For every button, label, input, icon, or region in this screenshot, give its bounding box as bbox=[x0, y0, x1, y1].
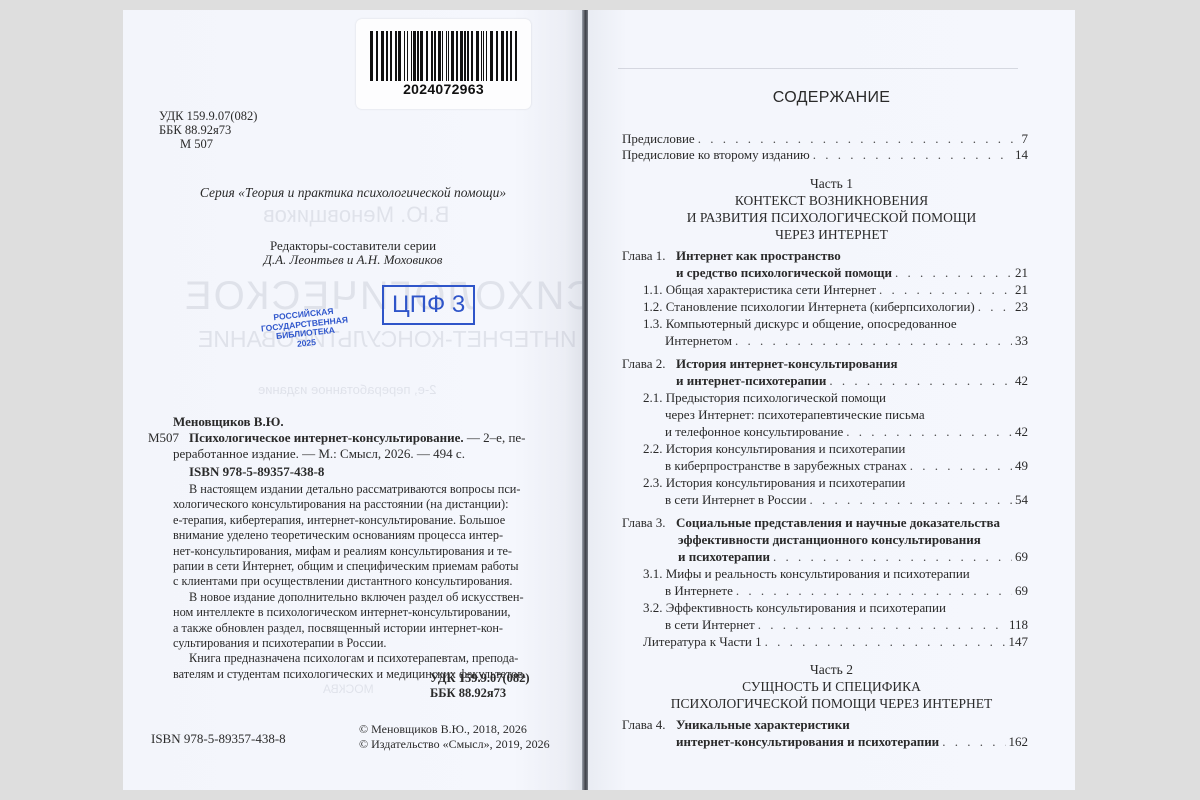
toc-entry-1-2[interactable]: 1.2. Становление психологии Интернета (к… bbox=[643, 299, 1028, 315]
toc-entry-2-1-cont: через Интернет: психотерапевтические пис… bbox=[665, 407, 925, 423]
leader-dots bbox=[736, 583, 1012, 599]
bib-title: Психологическое интернет-консультировани… bbox=[189, 430, 464, 445]
leader-dots bbox=[942, 734, 1005, 750]
annotation-line: нет-консультирования, мифам и реалиям ко… bbox=[173, 544, 555, 559]
toc-entry-label: и телефонное консультирование bbox=[665, 424, 843, 440]
toc-entry-2-3[interactable]: в сети Интернет в России54 bbox=[665, 492, 1028, 508]
annotation-line: а также обновлен раздел, посвященный ист… bbox=[173, 621, 555, 636]
toc-entry-2-3-label[interactable]: 2.3. История консультирования и психотер… bbox=[643, 475, 905, 491]
copyright-publisher: © Издательство «Смысл», 2019, 2026 bbox=[359, 737, 550, 752]
bbk-code: ББК 88.92я73 bbox=[159, 123, 231, 137]
toc-entry-label: и психотерапии bbox=[678, 549, 770, 565]
author-mark: М 507 bbox=[180, 137, 213, 151]
footer-bbk: ББК 88.92я73 bbox=[430, 686, 506, 701]
leader-dots bbox=[879, 282, 1012, 298]
part-2-title: ПСИХОЛОГИЧЕСКОЙ ПОМОЩИ ЧЕРЕЗ ИНТЕРНЕТ bbox=[588, 695, 1075, 712]
part-1-label: Часть 1 bbox=[588, 175, 1075, 192]
show-through-edition: 2-е, переработанное издание bbox=[258, 382, 436, 397]
annotation-line: сультирования и психотерапии в России. bbox=[173, 636, 555, 651]
chapter-1-prefix: Глава 1. bbox=[622, 248, 666, 264]
leader-dots bbox=[735, 333, 1012, 349]
toc-entry-label: интернет-консультирования и психотерапии bbox=[676, 734, 939, 750]
show-through-header-rule bbox=[618, 68, 1018, 69]
leader-dots bbox=[698, 131, 1019, 147]
toc-entry-label: Интернетом bbox=[665, 333, 732, 349]
toc-entry-2-2[interactable]: в киберпространстве в зарубежных странах… bbox=[665, 458, 1028, 474]
series-editors: Д.А. Леонтьев и А.Н. Моховиков bbox=[123, 252, 583, 268]
toc-entry-label: и средство психологической помощи bbox=[676, 265, 892, 281]
leader-dots bbox=[810, 492, 1012, 508]
toc-page: 14 bbox=[1015, 147, 1028, 163]
bib-edition: — 2–е, пе- bbox=[464, 430, 526, 445]
isbn-bottom: ISBN 978-5-89357-438-8 bbox=[151, 731, 286, 747]
bib-title-line-2: реработанное издание. — М.: Смысл, 2026.… bbox=[173, 446, 465, 462]
toc-entry-1-1[interactable]: 1.1. Общая характеристика сети Интернет2… bbox=[643, 282, 1028, 298]
barcode-label: 2024072963 bbox=[356, 19, 531, 109]
show-through-author: В.Ю. Меновщиков bbox=[263, 202, 449, 228]
bib-isbn: ISBN 978-5-89357-438-8 bbox=[189, 464, 324, 480]
part-1-title: КОНТЕКСТ ВОЗНИКНОВЕНИЯ bbox=[588, 192, 1075, 209]
cpf-stamp: ЦПФ 3 bbox=[382, 285, 475, 325]
chapter-3-title-cont: эффективности дистанционного консультиро… bbox=[678, 532, 981, 548]
leader-dots bbox=[758, 617, 1006, 633]
toc-entry[interactable]: Предисловие7 bbox=[622, 131, 1028, 147]
toc-entry-3-1-label[interactable]: 3.1. Мифы и реальность консультирования … bbox=[643, 566, 970, 582]
toc-entry-1-3[interactable]: Интернетом33 bbox=[665, 333, 1028, 349]
show-through-city: МОСКВА bbox=[323, 682, 374, 696]
toc-entry-label: 1.2. Становление психологии Интернета (к… bbox=[643, 299, 975, 315]
toc-page: 21 bbox=[1015, 282, 1028, 298]
toc-entry-chapter-1[interactable]: и средство психологической помощи21 bbox=[676, 265, 1028, 281]
barcode-number: 2024072963 bbox=[356, 81, 531, 97]
chapter-4-prefix: Глава 4. bbox=[622, 717, 666, 733]
chapter-2-title[interactable]: История интернет-консультирования bbox=[676, 356, 898, 372]
bib-author: Меновщиков В.Ю. bbox=[173, 414, 284, 430]
toc-page: 69 bbox=[1015, 549, 1028, 565]
toc-entry-label: Предисловие ко второму изданию bbox=[622, 147, 810, 163]
chapter-1-title[interactable]: Интернет как пространство bbox=[676, 248, 841, 264]
toc-entry-label: и интернет-психотерапии bbox=[676, 373, 826, 389]
toc-entry-3-2-label[interactable]: 3.2. Эффективность консультирования и пс… bbox=[643, 600, 946, 616]
toc-page: 7 bbox=[1022, 131, 1029, 147]
part-2-label: Часть 2 bbox=[588, 661, 1075, 678]
annotation-line: ном интеллекте в психологическом интерне… bbox=[173, 605, 555, 620]
leader-dots bbox=[813, 147, 1012, 163]
toc-entry-chapter-2[interactable]: и интернет-психотерапии42 bbox=[676, 373, 1028, 389]
toc-entry-label: в киберпространстве в зарубежных странах bbox=[665, 458, 907, 474]
leader-dots bbox=[829, 373, 1012, 389]
part-2-title: СУЩНОСТЬ И СПЕЦИФИКА bbox=[588, 678, 1075, 695]
toc-entry-label: в сети Интернет в России bbox=[665, 492, 807, 508]
toc-entry[interactable]: Предисловие ко второму изданию14 bbox=[622, 147, 1028, 163]
toc-page: 49 bbox=[1015, 458, 1028, 474]
toc-entry-label: Предисловие bbox=[622, 131, 695, 147]
part-1-title: ЧЕРЕЗ ИНТЕРНЕТ bbox=[588, 226, 1075, 243]
annotation-line: хологического консультирования на рассто… bbox=[173, 497, 555, 512]
toc-page: 69 bbox=[1015, 583, 1028, 599]
bib-code: М507 bbox=[148, 430, 179, 446]
toc-entry-label: 1.1. Общая характеристика сети Интернет bbox=[643, 282, 876, 298]
annotation: В настоящем издании детально рассматрива… bbox=[173, 482, 555, 682]
annotation-line: Книга предназначена психологам и психоте… bbox=[173, 651, 555, 666]
chapter-3-title[interactable]: Социальные представления и научные доказ… bbox=[676, 515, 1000, 531]
toc-entry-2-1[interactable]: и телефонное консультирование42 bbox=[665, 424, 1028, 440]
annotation-line: рапии в сети Интернет, общим и специфиче… bbox=[173, 559, 555, 574]
toc-page: 42 bbox=[1015, 424, 1028, 440]
leader-dots bbox=[910, 458, 1012, 474]
chapter-3-prefix: Глава 3. bbox=[622, 515, 666, 531]
chapter-4-title[interactable]: Уникальные характеристики bbox=[676, 717, 850, 733]
toc-entry-label: в сети Интернет bbox=[665, 617, 755, 633]
toc-entry-1-3-label[interactable]: 1.3. Компьютерный дискурс и общение, опо… bbox=[643, 316, 957, 332]
toc-page: 42 bbox=[1015, 373, 1028, 389]
toc-entry-chapter-4[interactable]: интернет-консультирования и психотерапии… bbox=[676, 734, 1028, 750]
toc-entry-chapter-3[interactable]: и психотерапии69 bbox=[678, 549, 1028, 565]
toc-title: СОДЕРЖАНИЕ bbox=[588, 89, 1075, 107]
leader-dots bbox=[978, 299, 1012, 315]
toc-entry-label: Литература к Части 1 bbox=[643, 634, 762, 650]
footer-udk: УДК 159.9.07(082) bbox=[430, 671, 530, 686]
annotation-line: В настоящем издании детально рассматрива… bbox=[173, 482, 555, 497]
toc-entry-2-1-label[interactable]: 2.1. Предыстория психологической помощи bbox=[643, 390, 886, 406]
toc-entry-3-1[interactable]: в Интернете69 bbox=[665, 583, 1028, 599]
chapter-2-prefix: Глава 2. bbox=[622, 356, 666, 372]
leader-dots bbox=[895, 265, 1012, 281]
annotation-line: с клиентами при осуществлении дистантног… bbox=[173, 574, 555, 589]
toc-entry-label: в Интернете bbox=[665, 583, 733, 599]
toc-page: 118 bbox=[1009, 617, 1028, 633]
annotation-line: внимание уделено теоретическим основания… bbox=[173, 528, 555, 543]
bib-title-line-1: Психологическое интернет-консультировани… bbox=[189, 430, 526, 446]
toc-page: 54 bbox=[1015, 492, 1028, 508]
barcode-icon bbox=[368, 31, 518, 81]
leader-dots bbox=[773, 549, 1012, 565]
toc-page: 162 bbox=[1009, 734, 1029, 750]
toc-entry-literature[interactable]: Литература к Части 1147 bbox=[643, 634, 1028, 650]
copyright-author: © Меновщиков В.Ю., 2018, 2026 bbox=[359, 722, 527, 737]
toc-page: 21 bbox=[1015, 265, 1028, 281]
annotation-line: е-терапия, кибертерапия, интернет-консул… bbox=[173, 513, 555, 528]
part-1-title: И РАЗВИТИЯ ПСИХОЛОГИЧЕСКОЙ ПОМОЩИ bbox=[588, 209, 1075, 226]
toc-page: 23 bbox=[1015, 299, 1028, 315]
series-title: Серия «Теория и практика психологической… bbox=[123, 185, 583, 201]
udk-code: УДК 159.9.07(082) bbox=[159, 109, 257, 123]
right-page: СОДЕРЖАНИЕ Предисловие7 Предисловие ко в… bbox=[588, 10, 1075, 790]
toc-entry-2-2-label[interactable]: 2.2. История консультирования и психотер… bbox=[643, 441, 905, 457]
toc-entry-3-2[interactable]: в сети Интернет118 bbox=[665, 617, 1028, 633]
annotation-line: В новое издание дополнительно включен ра… bbox=[173, 590, 555, 605]
leader-dots bbox=[846, 424, 1012, 440]
toc-page: 147 bbox=[1009, 634, 1029, 650]
toc-page: 33 bbox=[1015, 333, 1028, 349]
leader-dots bbox=[765, 634, 1006, 650]
left-page: В.Ю. Меновщиков ПСИХОЛОГИЧЕСКОЕ ИНТЕРНЕТ… bbox=[123, 10, 583, 790]
